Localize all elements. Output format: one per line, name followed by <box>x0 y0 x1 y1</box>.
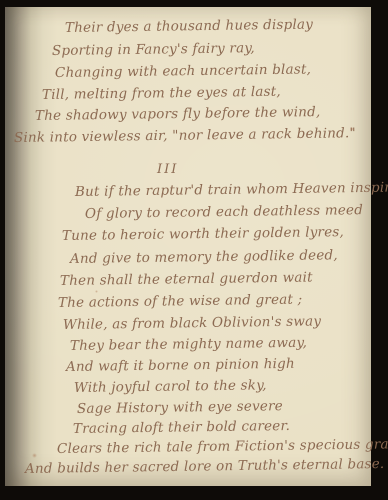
poem-line: Tune to heroic worth their golden lyres, <box>62 225 344 244</box>
poem-line: And give to memory the godlike deed, <box>70 248 338 267</box>
poem-line: And builds her sacred lore on Truth's et… <box>25 457 385 477</box>
poem-line: Sporting in Fancy's fairy ray, <box>52 41 255 59</box>
poem-line: With joyful carol to the sky, <box>74 378 267 396</box>
poem-line: And waft it borne on pinion high <box>66 357 295 375</box>
poem-line: Till, melting from the eyes at last, <box>42 85 281 103</box>
stanza-number-heading: III <box>157 162 178 177</box>
poem-line: The shadowy vapors fly before the wind, <box>35 105 321 124</box>
poem-line: Of glory to record each deathless meed <box>85 203 363 222</box>
paper-speck <box>350 127 354 131</box>
manuscript-page: Their dyes a thousand hues display Sport… <box>5 7 371 486</box>
poem-line: Changing with each uncertain blast, <box>55 62 311 81</box>
paper-speck <box>32 453 37 458</box>
poem-line: Tracing aloft their bold career. <box>73 419 290 437</box>
poem-line: Clears the rich tale from Fiction's spec… <box>57 437 388 457</box>
poem-line: But if the raptur'd train whom Heaven in… <box>75 180 388 200</box>
poem-line: Their dyes a thousand hues display <box>65 18 313 36</box>
poem-line: Sink into viewless air, "nor leave a rac… <box>14 126 356 146</box>
poem-line: Then shall the eternal guerdon wait <box>60 270 313 289</box>
poem-line: They bear the mighty name away, <box>70 336 307 354</box>
poem-line: Sage History with eye severe <box>77 399 283 417</box>
poem-line: While, as from black Oblivion's sway <box>63 314 321 333</box>
poem-line: The actions of the wise and great ; <box>58 293 303 311</box>
paper-speck <box>95 290 98 293</box>
photo-border: Their dyes a thousand hues display Sport… <box>0 0 388 500</box>
